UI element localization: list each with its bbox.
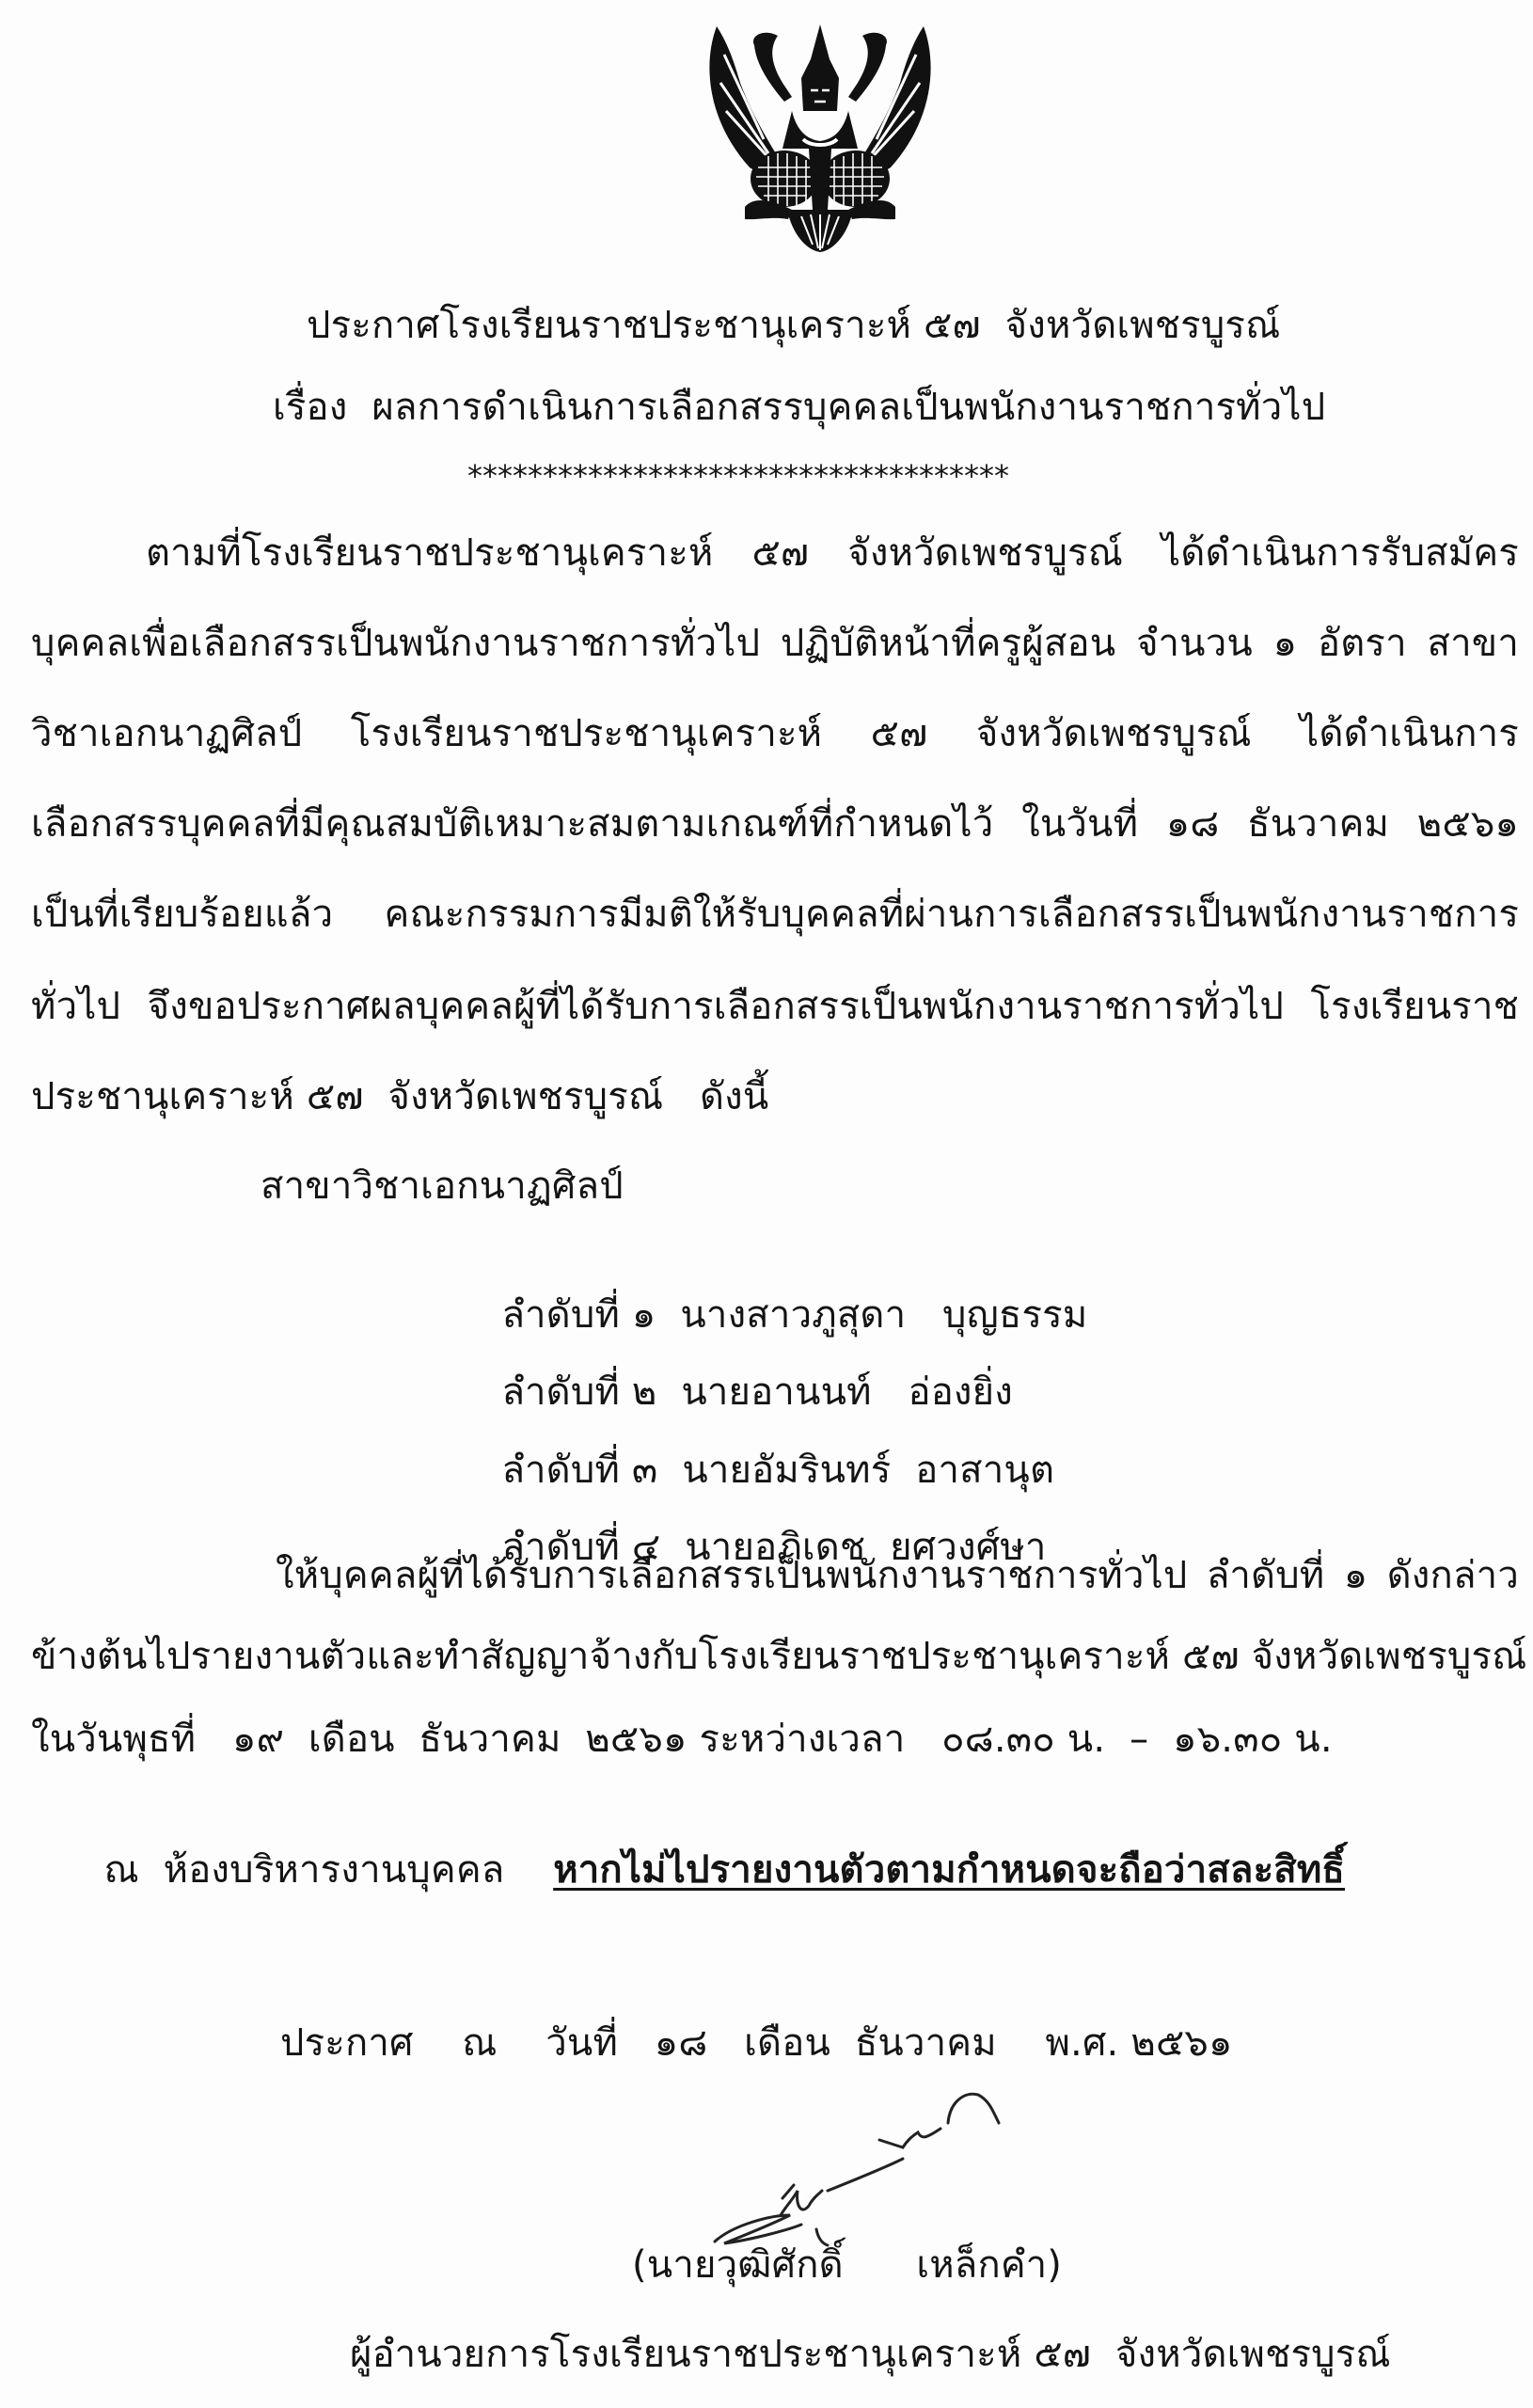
location-text: ณ ห้องบริหารงานบุคคล <box>104 1848 505 1892</box>
paragraph-line: วิชาเอกนาฏศิลป์ โรงเรียนราชประชานุเคราะห… <box>31 707 1519 760</box>
paragraph-line: เลือกสรรบุคคลที่มีคุณสมบัติเหมาะสมตามเกณ… <box>31 798 1519 850</box>
section-label: สาขาวิชาเอกนาฏศิลป์ <box>261 1160 624 1212</box>
announcement-subject: เรื่อง ผลการดำเนินการเลือกสรรบุคคลเป็นพน… <box>273 381 1325 434</box>
announcement-title: ประกาศโรงเรียนราชประชานุเคราะห์ ๕๗ จังหว… <box>307 299 1280 352</box>
paragraph-line: ทั่วไป จึงขอประกาศผลบุคคลผู้ที่ได้รับการ… <box>31 980 1519 1033</box>
result-item: ลำดับที่ ๔ นายอภิเดช ยศวงศ์ษา <box>429 1468 1047 1626</box>
paragraph-line: เป็นที่เรียบร้อยแล้ว คณะกรรมการมีมติให้ร… <box>31 888 1519 941</box>
location-line: ณ ห้องบริหารงานบุคคล หากไม่ไปรายงานตัวตา… <box>31 1791 1345 1949</box>
signer-name: (นายวุฒิศักดิ์ เหล็กคำ) <box>632 2239 1062 2291</box>
announcement-page: ประกาศโรงเรียนราชประชานุเคราะห์ ๕๗ จังหว… <box>0 0 1533 2408</box>
paragraph-line: ให้บุคคลผู้ที่ได้รับการเลือกสรรเป็นพนักง… <box>276 1549 1519 1602</box>
paragraph-line: บุคคลเพื่อเลือกสรรเป็นพนักงานราชการทั่วไ… <box>31 617 1519 670</box>
paragraph-line: ประชานุเคราะห์ ๕๗ จังหวัดเพชรบูรณ์ ดังนี… <box>31 1070 768 1123</box>
paragraph-line: ตามที่โรงเรียนราชประชานุเคราะห์ ๕๗ จังหว… <box>146 527 1519 579</box>
header-separator: ************************************ <box>467 450 1009 502</box>
announcement-date: ประกาศ ณ วันที่ ๑๘ เดือน ธันวาคม พ.ศ. ๒๕… <box>280 2017 1233 2069</box>
signature-icon <box>696 2074 1006 2253</box>
paragraph-line: ข้างต้นไปรายงานตัวและทำสัญญาจ้างกับโรงเร… <box>31 1630 1527 1683</box>
signer-position: ผู้อำนวยการโรงเรียนราชประชานุเคราะห์ ๕๗ … <box>350 2328 1391 2381</box>
forfeit-warning: หากไม่ไปรายงานตัวตามกำหนดจะถือว่าสละสิทธ… <box>553 1848 1345 1892</box>
paragraph-line: ในวันพุธที่ ๑๙ เดือน ธันวาคม ๒๕๖๑ ระหว่า… <box>31 1713 1333 1766</box>
garuda-emblem-icon <box>698 8 942 254</box>
